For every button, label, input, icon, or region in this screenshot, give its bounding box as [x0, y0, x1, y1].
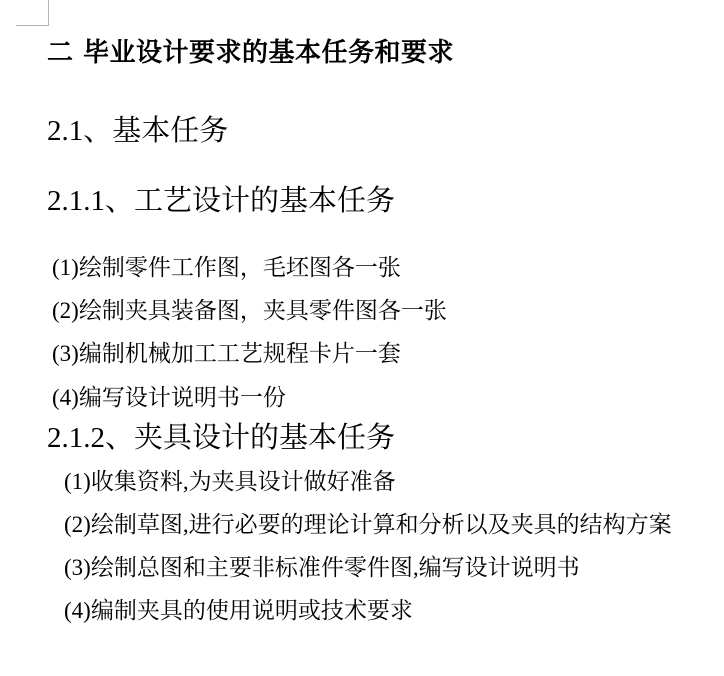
document-page: 二 毕业设计要求的基本任务和要求 2.1、基本任务 2.1.1、工艺设计的基本任… — [0, 0, 724, 676]
document-heading: 二 毕业设计要求的基本任务和要求 — [47, 36, 454, 70]
task-item-2-1-2-3: (3)绘制总图和主要非标准件零件图,编写设计说明书 — [64, 554, 580, 581]
page-frame-corner — [16, 0, 49, 26]
task-item-2-1-1-3: (3)编制机械加工工艺规程卡片一套 — [52, 340, 401, 367]
subsection-2-1-2: 2.1.2、夹具设计的基本任务 — [47, 422, 395, 455]
task-item-2-1-2-2: (2)绘制草图,进行必要的理论计算和分析以及夹具的结构方案 — [64, 511, 672, 538]
task-item-2-1-1-2: (2)绘制夹具装备图，夹具零件图各一张 — [52, 297, 447, 324]
task-item-2-1-1-4: (4)编写设计说明书一份 — [52, 384, 286, 411]
task-item-2-1-1-1: (1)绘制零件工作图，毛坯图各一张 — [52, 254, 401, 281]
subsection-2-1-1: 2.1.1、工艺设计的基本任务 — [47, 185, 395, 218]
section-2-1: 2.1、基本任务 — [47, 115, 228, 148]
task-item-2-1-2-4: (4)编制夹具的使用说明或技术要求 — [64, 597, 413, 624]
task-item-2-1-2-1: (1)收集资料,为夹具设计做好准备 — [64, 468, 396, 495]
